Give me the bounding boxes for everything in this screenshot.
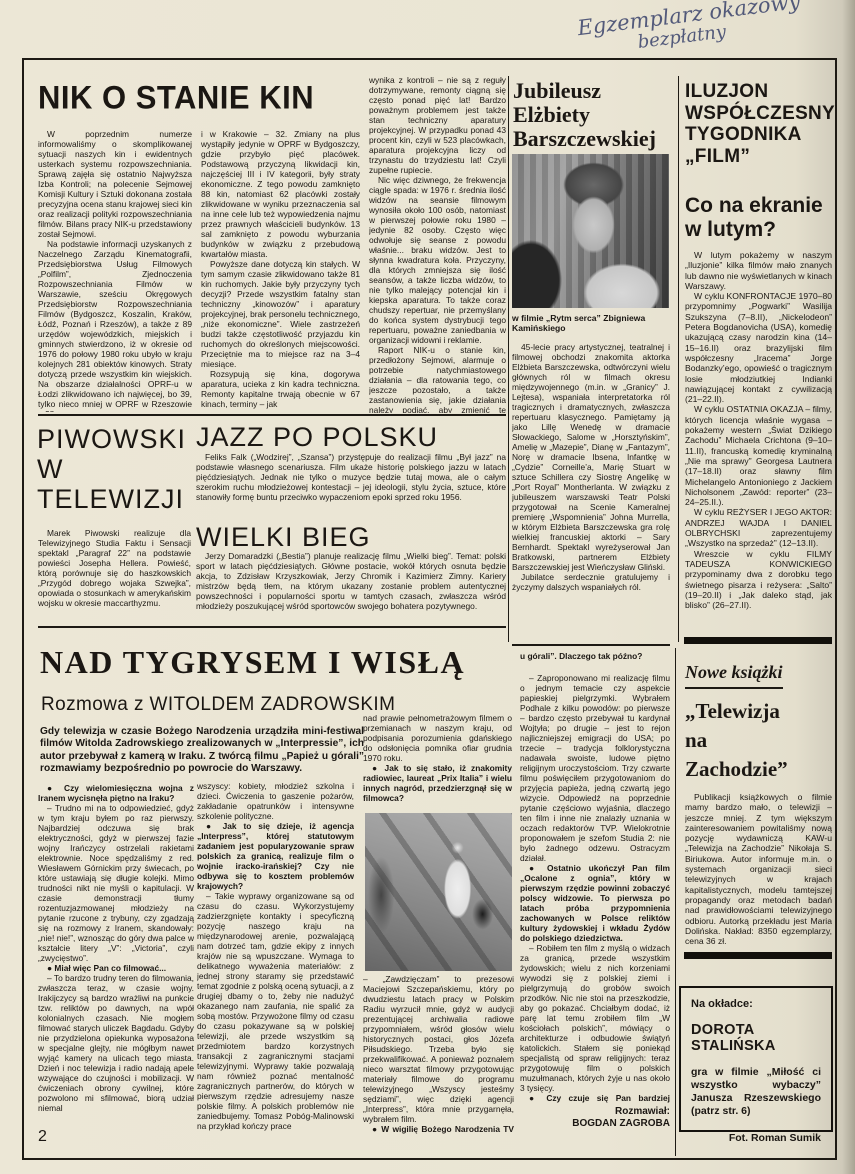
jubileusz-photo-caption: w filmie „Rytm serca” Zbigniewa Kamiński… xyxy=(512,313,669,333)
iluzjon-title-line: „FILM” xyxy=(685,146,833,168)
barszczewska-photo xyxy=(512,154,669,308)
rule-above-col4 xyxy=(512,644,670,646)
interview-title: NAD TYGRYSEM I WISŁĄ xyxy=(40,644,515,681)
books-title-line: na xyxy=(685,726,833,755)
divider-bar-1 xyxy=(684,637,832,644)
interview-byline: Rozmawiał: BOGDAN ZAGROBA xyxy=(520,1106,670,1130)
byline-label: Rozmawiał: xyxy=(520,1106,670,1118)
page-number: 2 xyxy=(38,1128,47,1146)
interview-column-3-top: nad prawie pełnometrażowym filmem o prze… xyxy=(363,713,512,813)
section-rule-top xyxy=(38,414,506,416)
col4-lead-text: u górali”. Dlaczego tak późno? xyxy=(520,651,670,661)
piwowski-title-line: W xyxy=(37,454,193,484)
cover-photo-credit: Fot. Roman Sumik xyxy=(691,1132,821,1144)
books-title-line: Zachodzie” xyxy=(685,755,833,784)
nik-column-2: i w Krakowie – 32. Zmiany na plus wystąp… xyxy=(201,129,360,413)
iluzjon-subtitle-line: w lutym? xyxy=(685,218,833,242)
column-divider-1 xyxy=(508,76,509,642)
iluzjon-subtitle-line: Co na ekranie xyxy=(685,194,833,218)
nik-column-1: W poprzednim numerze informowaliśmy o sk… xyxy=(38,129,192,412)
iluzjon-title-line: ILUZJON xyxy=(685,81,833,103)
byline-name: BOGDAN ZAGROBA xyxy=(520,1118,670,1130)
books-title-line: „Telewizja xyxy=(685,697,833,726)
divider-bar-2 xyxy=(684,952,832,959)
cover-text: gra w filmie „Miłość ci wszystko wybaczy… xyxy=(691,1066,821,1118)
article-title-nik: NIK O STANIE KIN xyxy=(38,79,368,117)
jubileusz-title-line: Jubileusz xyxy=(513,79,673,103)
article-title-jubileusz: Jubileusz Elżbiety Barszczewskiej xyxy=(513,79,673,151)
jubileusz-body: 45-lecie pracy artystycznej, teatralnej … xyxy=(512,342,670,636)
interview-column-4: – Zaproponowano mi realizację filmu o je… xyxy=(520,673,670,1103)
column-divider-3 xyxy=(675,648,676,1156)
article-title-jazz: JAZZ PO POLSKU xyxy=(196,422,506,452)
jubileusz-title-line: Elżbiety xyxy=(513,103,673,127)
piwowski-body: Marek Piwowski realizuje dla Telewizyjne… xyxy=(38,528,191,616)
bieg-body: Jerzy Domaradzki („Bestia”) planuje real… xyxy=(196,551,506,623)
newspaper-page: Egzemplarz okazowy bezpłatny NIK O STANI… xyxy=(0,0,855,1174)
jubileusz-title-line: Barszczewskiej xyxy=(513,127,673,151)
column-divider-2 xyxy=(678,76,679,642)
piwowski-title-line: PIWOWSKI xyxy=(37,424,193,454)
interview-column-2: wszyscy: kobiety, młodzież szkolna i dzi… xyxy=(197,781,354,1138)
interview-intro: Gdy telewizja w czasie Bożego Narodzenia… xyxy=(40,726,364,776)
interview-column-3-bottom: – „Zawdzięczam” to prezesowi Maciejowi S… xyxy=(363,974,514,1134)
nik-column-3: wynika z kontroli – nie są z reguły dotr… xyxy=(369,75,506,413)
cover-label: Na okładce: xyxy=(691,998,821,1010)
iluzjon-body: W lutym pokażemy w naszym „Iluzjonie” ki… xyxy=(685,250,832,634)
iluzjon-subtitle: Co na ekranie w lutym? xyxy=(685,194,833,242)
article-title-piwowski: PIWOWSKI W TELEWIZJI xyxy=(37,424,193,514)
pope-photo xyxy=(365,813,512,971)
interview-column-1: ● Czy wielomiesięczna wojna z Iranem wyc… xyxy=(38,783,194,1129)
books-section-title: Nowe książki xyxy=(685,662,783,689)
books-title: „Telewizja na Zachodzie” xyxy=(685,697,833,784)
iluzjon-title-line: WSPÓŁCZESNY xyxy=(685,103,833,125)
piwowski-title-line: TELEWIZJI xyxy=(37,484,193,514)
jazz-body: Feliks Falk („Wodzirej”, „Szansa”) przys… xyxy=(196,452,506,514)
section-rule-mid xyxy=(38,626,506,628)
article-title-bieg: WIELKI BIEG xyxy=(196,522,506,552)
cover-info-box: Na okładce: DOROTA STALIŃSKA gra w filmi… xyxy=(679,986,833,1132)
interview-column-4-lead: u górali”. Dlaczego tak późno? xyxy=(520,651,670,673)
iluzjon-title-line: TYGODNIKA xyxy=(685,124,833,146)
cover-actress-name: DOROTA STALIŃSKA xyxy=(691,1022,821,1054)
article-title-iluzjon: ILUZJON WSPÓŁCZESNY TYGODNIKA „FILM” xyxy=(685,81,833,167)
books-body: Publikacji książkowych o filmie mamy bar… xyxy=(685,792,832,950)
handwritten-note: Egzemplarz okazowy bezpłatny xyxy=(576,0,829,61)
